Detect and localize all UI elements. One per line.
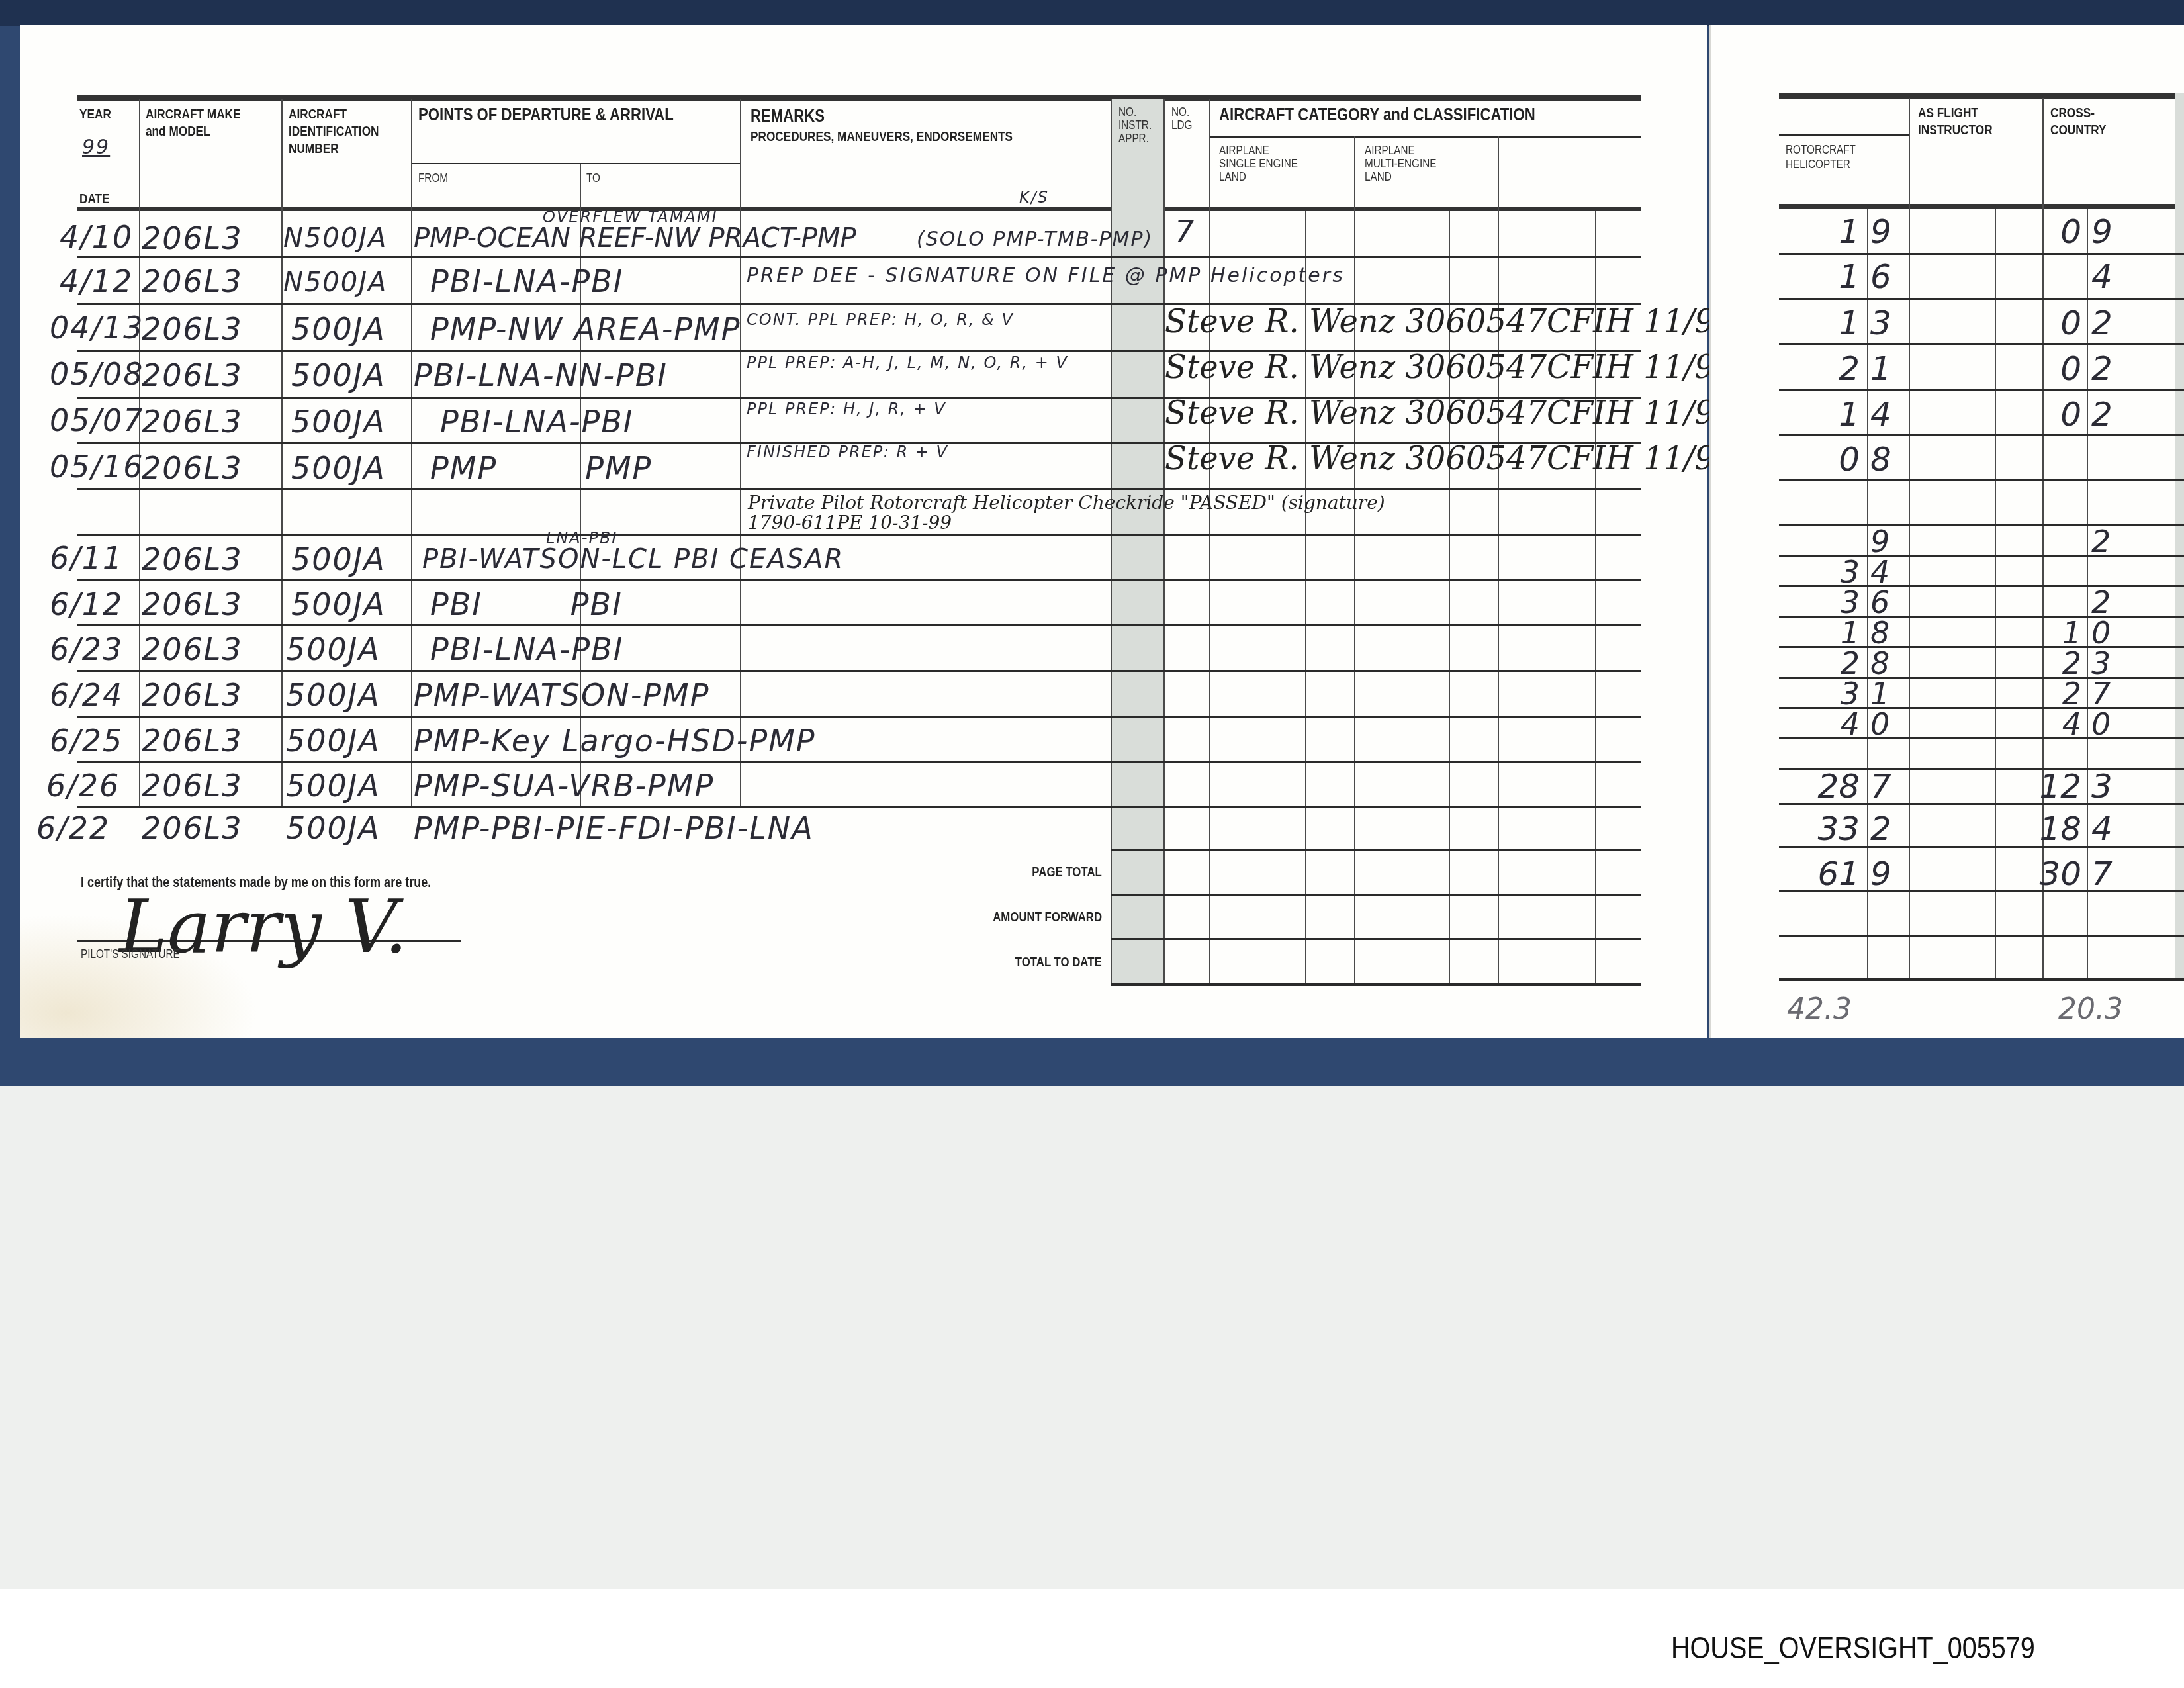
header-flight-instructor-2: INSTRUCTOR: [1918, 122, 1993, 138]
xc-tenth: 2: [2091, 526, 2131, 557]
header-cross-country-2: COUNTRY: [2050, 122, 2107, 138]
xc-whole: 2: [2012, 648, 2081, 679]
bates-number: HOUSE_OVERSIGHT_005579: [1671, 1630, 2035, 1665]
row-make: 206L3: [142, 451, 243, 485]
row-route: PBI-LNA-PBI: [430, 265, 623, 298]
remarks-note: K/S: [1019, 189, 1049, 206]
heli-tenth: 8: [1870, 440, 1903, 479]
header-ldg-2: LDG: [1171, 118, 1192, 132]
heli-whole: 1: [1800, 618, 1860, 648]
page-total-heli-tenth: 7: [1870, 767, 1903, 806]
row-make: 206L3: [142, 679, 243, 712]
header-instr-3: APPR.: [1118, 131, 1149, 146]
row-line: [1779, 389, 2184, 391]
row-route: PMP-SUA-VRB-PMP: [414, 769, 714, 802]
row-line: [1779, 298, 2184, 300]
heli-tenth: 8: [1870, 648, 1903, 679]
header-ident-3: NUMBER: [289, 140, 339, 157]
heli-whole: 3: [1800, 587, 1860, 618]
row-line: [1779, 978, 2184, 981]
row-ident: 500JA: [286, 679, 381, 712]
row-ident: 500JA: [291, 588, 386, 621]
row-line: [1779, 253, 2184, 255]
page-total-heli-whole: 28: [1787, 767, 1860, 806]
col-line: [2087, 209, 2088, 980]
row-date: 6/11: [50, 541, 123, 575]
year-value: 99: [82, 136, 110, 159]
heli-whole: 2: [1800, 648, 1860, 679]
header-ident-1: AIRCRAFT: [289, 106, 347, 122]
row-line: [77, 488, 1641, 490]
col-line: [1995, 209, 1996, 980]
col-line: [1354, 136, 1355, 983]
rotorcraft-divider: [1779, 134, 1909, 136]
row-date: 6/23: [50, 633, 123, 666]
page-total-xc-tenth: 3: [2091, 767, 2131, 806]
row-date: 6/26: [46, 769, 120, 802]
row-route: PBI PBI: [430, 588, 623, 621]
header-remarks-sub: PROCEDURES, MANEUVERS, ENDORSEMENTS: [751, 128, 1013, 145]
heli-tenth: 9: [1870, 212, 1903, 252]
row-ident: N500JA: [283, 266, 387, 299]
row-ident: 500JA: [291, 405, 386, 438]
header-top-rule: [77, 95, 1641, 101]
header-bottom-rule: [1779, 204, 2184, 209]
total-to-date-xc-tenth: 7: [2091, 854, 2131, 894]
header-instr-2: INSTR.: [1118, 118, 1152, 132]
row-line: [77, 534, 1641, 536]
amount-forward-heli-whole: 33: [1787, 809, 1860, 849]
row-date: 4/12: [60, 265, 133, 298]
xc-tenth: 2: [2091, 395, 2131, 434]
header-points: POINTS OF DEPARTURE & ARRIVAL: [418, 105, 674, 124]
row-make: 206L3: [142, 359, 243, 392]
heli-whole: 3: [1800, 679, 1860, 709]
xc-tenth: 2: [2091, 587, 2131, 618]
header-ldg-1: NO.: [1171, 105, 1189, 119]
xc-tenth: 0: [2091, 618, 2131, 648]
row-ident: 500JA: [291, 312, 386, 346]
row-line: [1111, 849, 1641, 851]
heli-whole: 1: [1800, 212, 1860, 252]
heli-whole: 3: [1800, 557, 1860, 587]
xc-tenth: 0: [2091, 709, 2131, 739]
heli-tenth: 8: [1870, 618, 1903, 648]
row-route-note: OVERFLEW TAMAMI: [543, 209, 718, 226]
heli-tenth: 3: [1870, 303, 1903, 343]
row-date: 05/07: [50, 404, 144, 437]
row-remarks: PPL PREP: H, J, R, + V: [747, 400, 946, 418]
pilot-signature-label: PILOT'S SIGNATURE: [81, 947, 180, 961]
header-bottom-rule: [77, 207, 1641, 211]
row-ident: N500JA: [283, 222, 387, 255]
row-route: PBI-LNA-PBI: [440, 405, 633, 438]
heli-tenth: 4: [1870, 395, 1903, 434]
heli-whole: 1: [1800, 303, 1860, 343]
col-line: [1498, 136, 1499, 983]
cfi-endorsement: Steve R. Wenz 3060547CFIH 11/99: [1165, 395, 1735, 432]
header-to: TO: [586, 171, 600, 185]
total-to-date-heli-whole: 61: [1787, 854, 1860, 894]
row-route: PMP PMP: [430, 451, 652, 485]
row-make: 206L3: [142, 812, 243, 845]
xc-tenth: 2: [2091, 349, 2131, 389]
heli-whole: 2: [1800, 349, 1860, 389]
header-from: FROM: [418, 171, 448, 185]
page-total-label: PAGE TOTAL: [1032, 865, 1102, 880]
row-ident: 500JA: [286, 769, 381, 802]
heli-tenth: 9: [1870, 526, 1903, 557]
total-to-date-label: TOTAL TO DATE: [1015, 955, 1102, 970]
xc-whole: 0: [2012, 349, 2081, 389]
checkride-endorsement: Private Pilot Rotorcraft Helicopter Chec…: [748, 493, 1410, 533]
row-line: [77, 716, 1641, 718]
row-route: PMP-WATSON-PMP: [414, 679, 709, 712]
header-cross-country-1: CROSS-: [2050, 105, 2095, 121]
row-make: 206L3: [142, 769, 243, 802]
row-line: [77, 579, 1641, 581]
header-amel-2: MULTI-ENGINE: [1365, 156, 1437, 171]
row-line: [1779, 935, 2184, 937]
amount-forward-heli-tenth: 2: [1870, 809, 1903, 849]
row-line: [77, 670, 1641, 672]
xc-whole: 1: [2012, 618, 2081, 648]
row-ident: 500JA: [286, 633, 381, 666]
row-date: 6/12: [50, 588, 123, 621]
xc-tenth: 3: [2091, 648, 2131, 679]
row-line: [77, 624, 1641, 626]
xc-whole: 0: [2012, 212, 2081, 252]
xc-tenth: 9: [2091, 212, 2131, 252]
row-make: 206L3: [142, 724, 243, 757]
header-category: AIRCRAFT CATEGORY and CLASSIFICATION: [1219, 105, 1535, 124]
header-asel-2: SINGLE ENGINE: [1219, 156, 1298, 171]
xc-whole: 0: [2012, 395, 2081, 434]
category-divider: [1209, 136, 1641, 138]
heli-whole: 4: [1800, 709, 1860, 739]
row-ident: 500JA: [286, 724, 381, 757]
row-date: 05/08: [50, 357, 144, 391]
header-ident-2: IDENTIFICATION: [289, 123, 379, 140]
row-instr-appr: 7: [1175, 215, 1195, 248]
row-remarks: (SOLO PMP-TMB-PMP): [917, 228, 1153, 251]
header-rotorcraft-1: ROTORCRAFT: [1786, 142, 1856, 157]
amount-forward-xc-whole: 18: [1999, 809, 2081, 849]
col-line: [740, 99, 741, 808]
logbook-cover-edge: [0, 0, 2184, 26]
row-route: PMP-OCEAN REEF-NW PRACT-PMP: [414, 222, 856, 255]
heli-tenth: 6: [1870, 587, 1903, 618]
row-remarks: FINISHED PREP: R + V: [747, 444, 948, 461]
row-remarks: CONT. PPL PREP: H, O, R, & V: [747, 311, 1014, 328]
row-route: PBI-LNA-PBI: [430, 633, 623, 666]
row-date: 05/16: [50, 450, 144, 483]
col-line: [1867, 209, 1868, 980]
cfi-endorsement: Steve R. Wenz 3060547CFIH 11/99: [1165, 303, 1735, 340]
col-line: [281, 99, 283, 808]
cfi-endorsement: Steve R. Wenz 3060547CFIH 11/99: [1165, 349, 1735, 386]
row-line: [77, 256, 1641, 258]
row-make: 206L3: [142, 312, 243, 346]
header-date: DATE: [79, 191, 110, 207]
header-asel-1: AIRPLANE: [1219, 143, 1269, 158]
amount-forward-xc-tenth: 4: [2091, 809, 2131, 849]
header-year: YEAR: [79, 106, 111, 122]
from-to-divider: [411, 163, 740, 164]
row-ident: 500JA: [291, 451, 386, 485]
row-line: [1111, 938, 1641, 940]
col-line: [411, 99, 412, 808]
row-ident: 500JA: [291, 359, 386, 392]
row-date: 6/22: [36, 812, 110, 845]
xc-pencil-total: 20.3: [2058, 990, 2177, 1029]
header-make-model-1: AIRCRAFT MAKE: [146, 106, 240, 122]
header-amel-1: AIRPLANE: [1365, 143, 1415, 158]
row-line: [77, 806, 1641, 808]
row-ident: 500JA: [286, 812, 381, 845]
header-amel-3: LAND: [1365, 169, 1392, 184]
row-route: PMP-PBI-PIE-FDI-PBI-LNA: [414, 812, 814, 845]
row-make: 206L3: [142, 543, 243, 576]
row-remarks: PREP DEE - SIGNATURE ON FILE @ PMP Helic…: [747, 265, 1345, 287]
xc-tenth: 4: [2091, 257, 2131, 297]
header-top-rule: [1779, 93, 2184, 99]
amount-forward-label: AMOUNT FORWARD: [993, 910, 1102, 925]
total-to-date-xc-whole: 30: [1999, 854, 2081, 894]
heli-tenth: 1: [1870, 349, 1903, 389]
cfi-endorsement: Steve R. Wenz 3060547CFIH 11/99: [1165, 440, 1735, 477]
row-line: [1111, 894, 1641, 896]
row-make: 206L3: [142, 405, 243, 438]
heli-tenth: 6: [1870, 257, 1903, 297]
heli-whole: 1: [1800, 257, 1860, 297]
row-make: 206L3: [142, 633, 243, 666]
row-date: 04/13: [50, 311, 144, 344]
row-route: PMP-NW AREA-PMP: [430, 312, 741, 346]
row-date: 4/10: [60, 220, 133, 254]
xc-whole: 4: [2012, 709, 2081, 739]
row-ident: 500JA: [291, 543, 386, 576]
row-date: 6/24: [50, 679, 123, 712]
xc-tenth: 7: [2091, 679, 2131, 709]
row-line: [77, 761, 1641, 763]
row-date: 6/25: [50, 724, 123, 757]
row-remarks: PPL PREP: A-H, J, L, M, N, O, R, + V: [747, 354, 1104, 371]
heli-whole: 1: [1800, 395, 1860, 434]
row-route-note: LNA-PBI: [546, 530, 617, 547]
row-line: [1779, 343, 2184, 345]
page-total-xc-whole: 12: [1999, 767, 2081, 806]
header-flight-instructor-1: AS FLIGHT: [1918, 105, 1978, 121]
heli-pencil-total: 42.3: [1787, 990, 1906, 1029]
xc-whole: 2: [2012, 679, 2081, 709]
row-route: PBI-WATSON-LCL PBI CEASAR: [422, 543, 844, 576]
header-remarks: REMARKS: [751, 106, 825, 126]
heli-tenth: 0: [1870, 709, 1903, 739]
header-asel-3: LAND: [1219, 169, 1246, 184]
xc-tenth: 2: [2091, 303, 2131, 343]
total-to-date-heli-tenth: 9: [1870, 854, 1903, 894]
row-make: 206L3: [142, 588, 243, 621]
xc-whole: 0: [2012, 303, 2081, 343]
row-line: [1111, 983, 1641, 986]
heli-tenth: 1: [1870, 679, 1903, 709]
header-instr-1: NO.: [1118, 105, 1136, 119]
header-make-model-2: and MODEL: [146, 123, 210, 140]
heli-whole: 0: [1800, 440, 1860, 479]
row-route: PBI-LNA-NN-PBI: [414, 359, 668, 392]
row-make: 206L3: [142, 265, 243, 298]
header-rotorcraft-2: HELICOPTER: [1786, 157, 1850, 171]
row-route: PMP-Key Largo-HSD-PMP: [414, 724, 816, 757]
row-make: 206L3: [142, 222, 243, 255]
heli-tenth: 4: [1870, 557, 1903, 587]
